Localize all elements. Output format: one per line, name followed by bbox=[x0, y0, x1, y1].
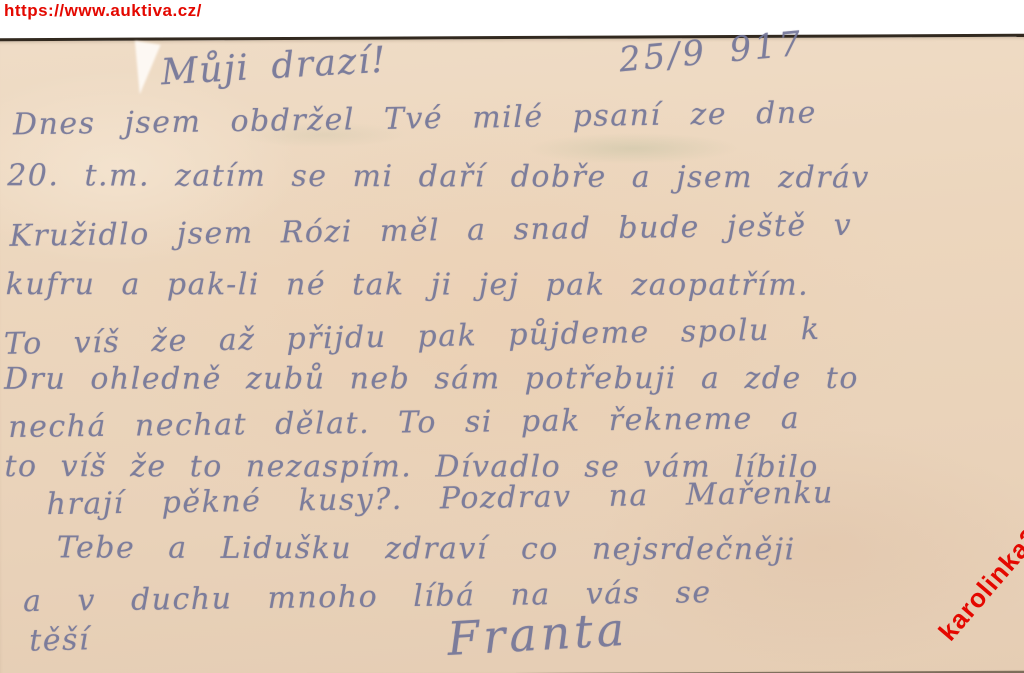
seller-watermark: karolinka2 bbox=[933, 522, 1024, 647]
date-line: 25/9 917 bbox=[617, 24, 805, 81]
handwriting-line: 20. t.m. zatím se mi daří dobře a jsem z… bbox=[7, 158, 870, 195]
handwriting-line: Dnes jsem obdržel Tvé milé psaní ze dne bbox=[13, 95, 817, 142]
salutation-line: Můji drazí! bbox=[160, 40, 388, 94]
postcard-scan: https://www.auktiva.cz/ Můji drazí! 25/9… bbox=[0, 0, 1024, 673]
handwriting-line: kufru a pak-li né tak ji jej pak zaopatř… bbox=[6, 267, 810, 303]
handwriting-line: Dru ohledně zubů neb sám potřebuji a zde… bbox=[4, 361, 859, 397]
signature: Franta bbox=[446, 602, 630, 666]
postcard-paper: Můji drazí! 25/9 917 Dnes jsem obdržel T… bbox=[0, 34, 1024, 673]
handwriting-line: To víš že až přijdu pak půjdeme spolu k bbox=[4, 312, 821, 362]
handwriting-line: nechá nechat dělat. To si pak řekneme a bbox=[8, 401, 800, 445]
handwriting-line: Tebe a Lidušku zdraví co nejsrdečněji bbox=[57, 530, 796, 567]
closing-word: těší bbox=[29, 622, 91, 658]
corner-tear bbox=[127, 41, 161, 96]
source-url-watermark: https://www.auktiva.cz/ bbox=[4, 1, 202, 21]
handwriting-line: Kružidlo jsem Rózi měl a snad bude ještě… bbox=[9, 208, 852, 254]
